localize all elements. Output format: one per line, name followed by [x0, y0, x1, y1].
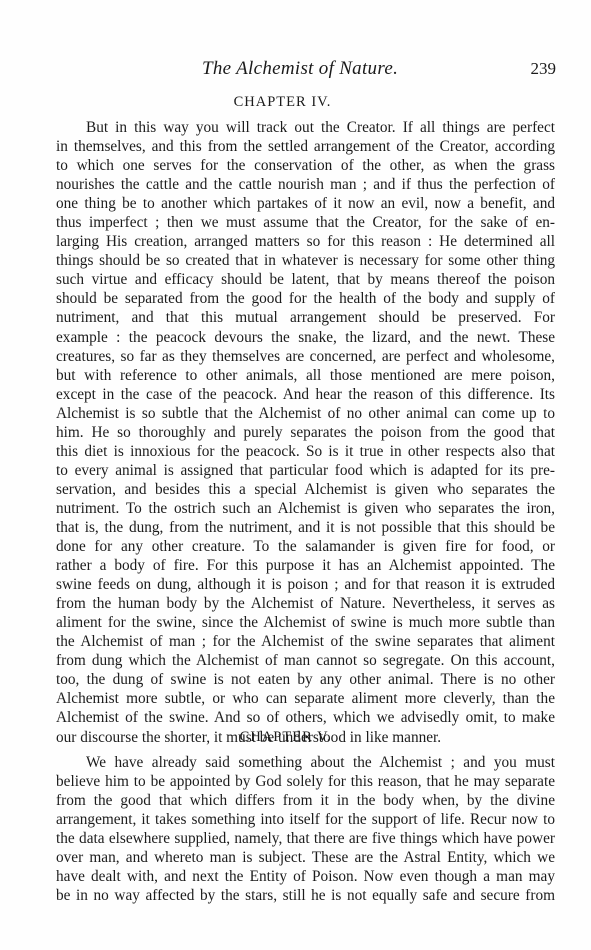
text-line: that is, the dung, from the nutriment, a…: [56, 518, 555, 537]
text-line: from dung which the Alchemist of man can…: [56, 651, 555, 670]
text-line: done for any other creature. To the sala…: [56, 537, 555, 556]
text-line: example : the peacock devours the snake,…: [56, 328, 555, 347]
text-line: larging His creation, arranged matters s…: [56, 232, 555, 251]
text-line: believe him to be appointed by God solel…: [56, 772, 555, 791]
text-line: swine feeds on dung, although it is pois…: [56, 575, 555, 594]
text-line: to every animal is assigned that particu…: [56, 461, 555, 480]
text-line: thus imperfect ; then we must assume tha…: [56, 213, 555, 232]
text-line: have dealt with, and next the Entity of …: [56, 867, 555, 886]
text-line: rather a body of fire. For this purpose …: [56, 556, 555, 575]
text-line: nourishes the cattle and the cattle nour…: [56, 175, 555, 194]
text-line: over man, and whereto man is subject. Th…: [56, 848, 555, 867]
page-number: 239: [531, 59, 557, 79]
text-line: the Alchemist of man ; for the Alchemist…: [56, 632, 555, 651]
text-line: the data elsewhere supplied, namely, tha…: [56, 829, 555, 848]
book-page: The Alchemist of Nature. 239 CHAPTER IV.…: [0, 0, 591, 950]
text-line: one thing be to another which partakes o…: [56, 194, 555, 213]
text-line: too, the dung of swine is not eaten by a…: [56, 670, 555, 689]
text-line: should be separated from the good for th…: [56, 289, 555, 308]
text-line: creatures, so far as they themselves are…: [56, 347, 555, 366]
text-line: him. He so thoroughly and purely separat…: [56, 423, 555, 442]
text-line: things should be so created that in what…: [56, 251, 555, 270]
chapter-v-heading: CHAPTER V.: [0, 729, 581, 746]
chapter-iv-body: But in this way you will track out the C…: [56, 118, 555, 747]
chapter-v-body: We have already said something about the…: [56, 753, 555, 905]
text-line: arrangement, it takes something into its…: [56, 810, 555, 829]
text-line: such virtue and efficacy should be laten…: [56, 270, 555, 289]
text-line: We have already said something about the…: [56, 753, 555, 772]
text-line: Alchemist of the swine. And so of others…: [56, 708, 555, 727]
text-line: aliment for the swine, since the Alchemi…: [56, 613, 555, 632]
text-line: from the human body by the Alchemist of …: [56, 594, 555, 613]
running-title: The Alchemist of Nature.: [202, 58, 398, 80]
text-line: Alchemist more subtle, or who can separa…: [56, 689, 555, 708]
text-line: but with reference to other animals, all…: [56, 366, 555, 385]
text-line: servation, and besides this a special Al…: [56, 480, 555, 499]
text-line: Alchemist is so subtle that the Alchemis…: [56, 404, 555, 423]
running-header: The Alchemist of Nature. 239: [56, 58, 556, 82]
text-line: But in this way you will track out the C…: [56, 118, 555, 137]
text-line: this diet is innoxious for the peacock. …: [56, 442, 555, 461]
text-line: to which one serves for the conservation…: [56, 156, 555, 175]
text-line: in themselves, and this from the settled…: [56, 137, 555, 156]
text-line: nutriment, and that this mutual arrangem…: [56, 308, 555, 327]
text-line: from the good that which differs from it…: [56, 791, 555, 810]
text-line: nutriment. To the ostrich such an Alchem…: [56, 499, 555, 518]
text-line: be in no way affected by the stars, stil…: [56, 886, 555, 905]
chapter-iv-heading: CHAPTER IV.: [0, 94, 578, 111]
text-line: except in the case of the peacock. And h…: [56, 385, 555, 404]
